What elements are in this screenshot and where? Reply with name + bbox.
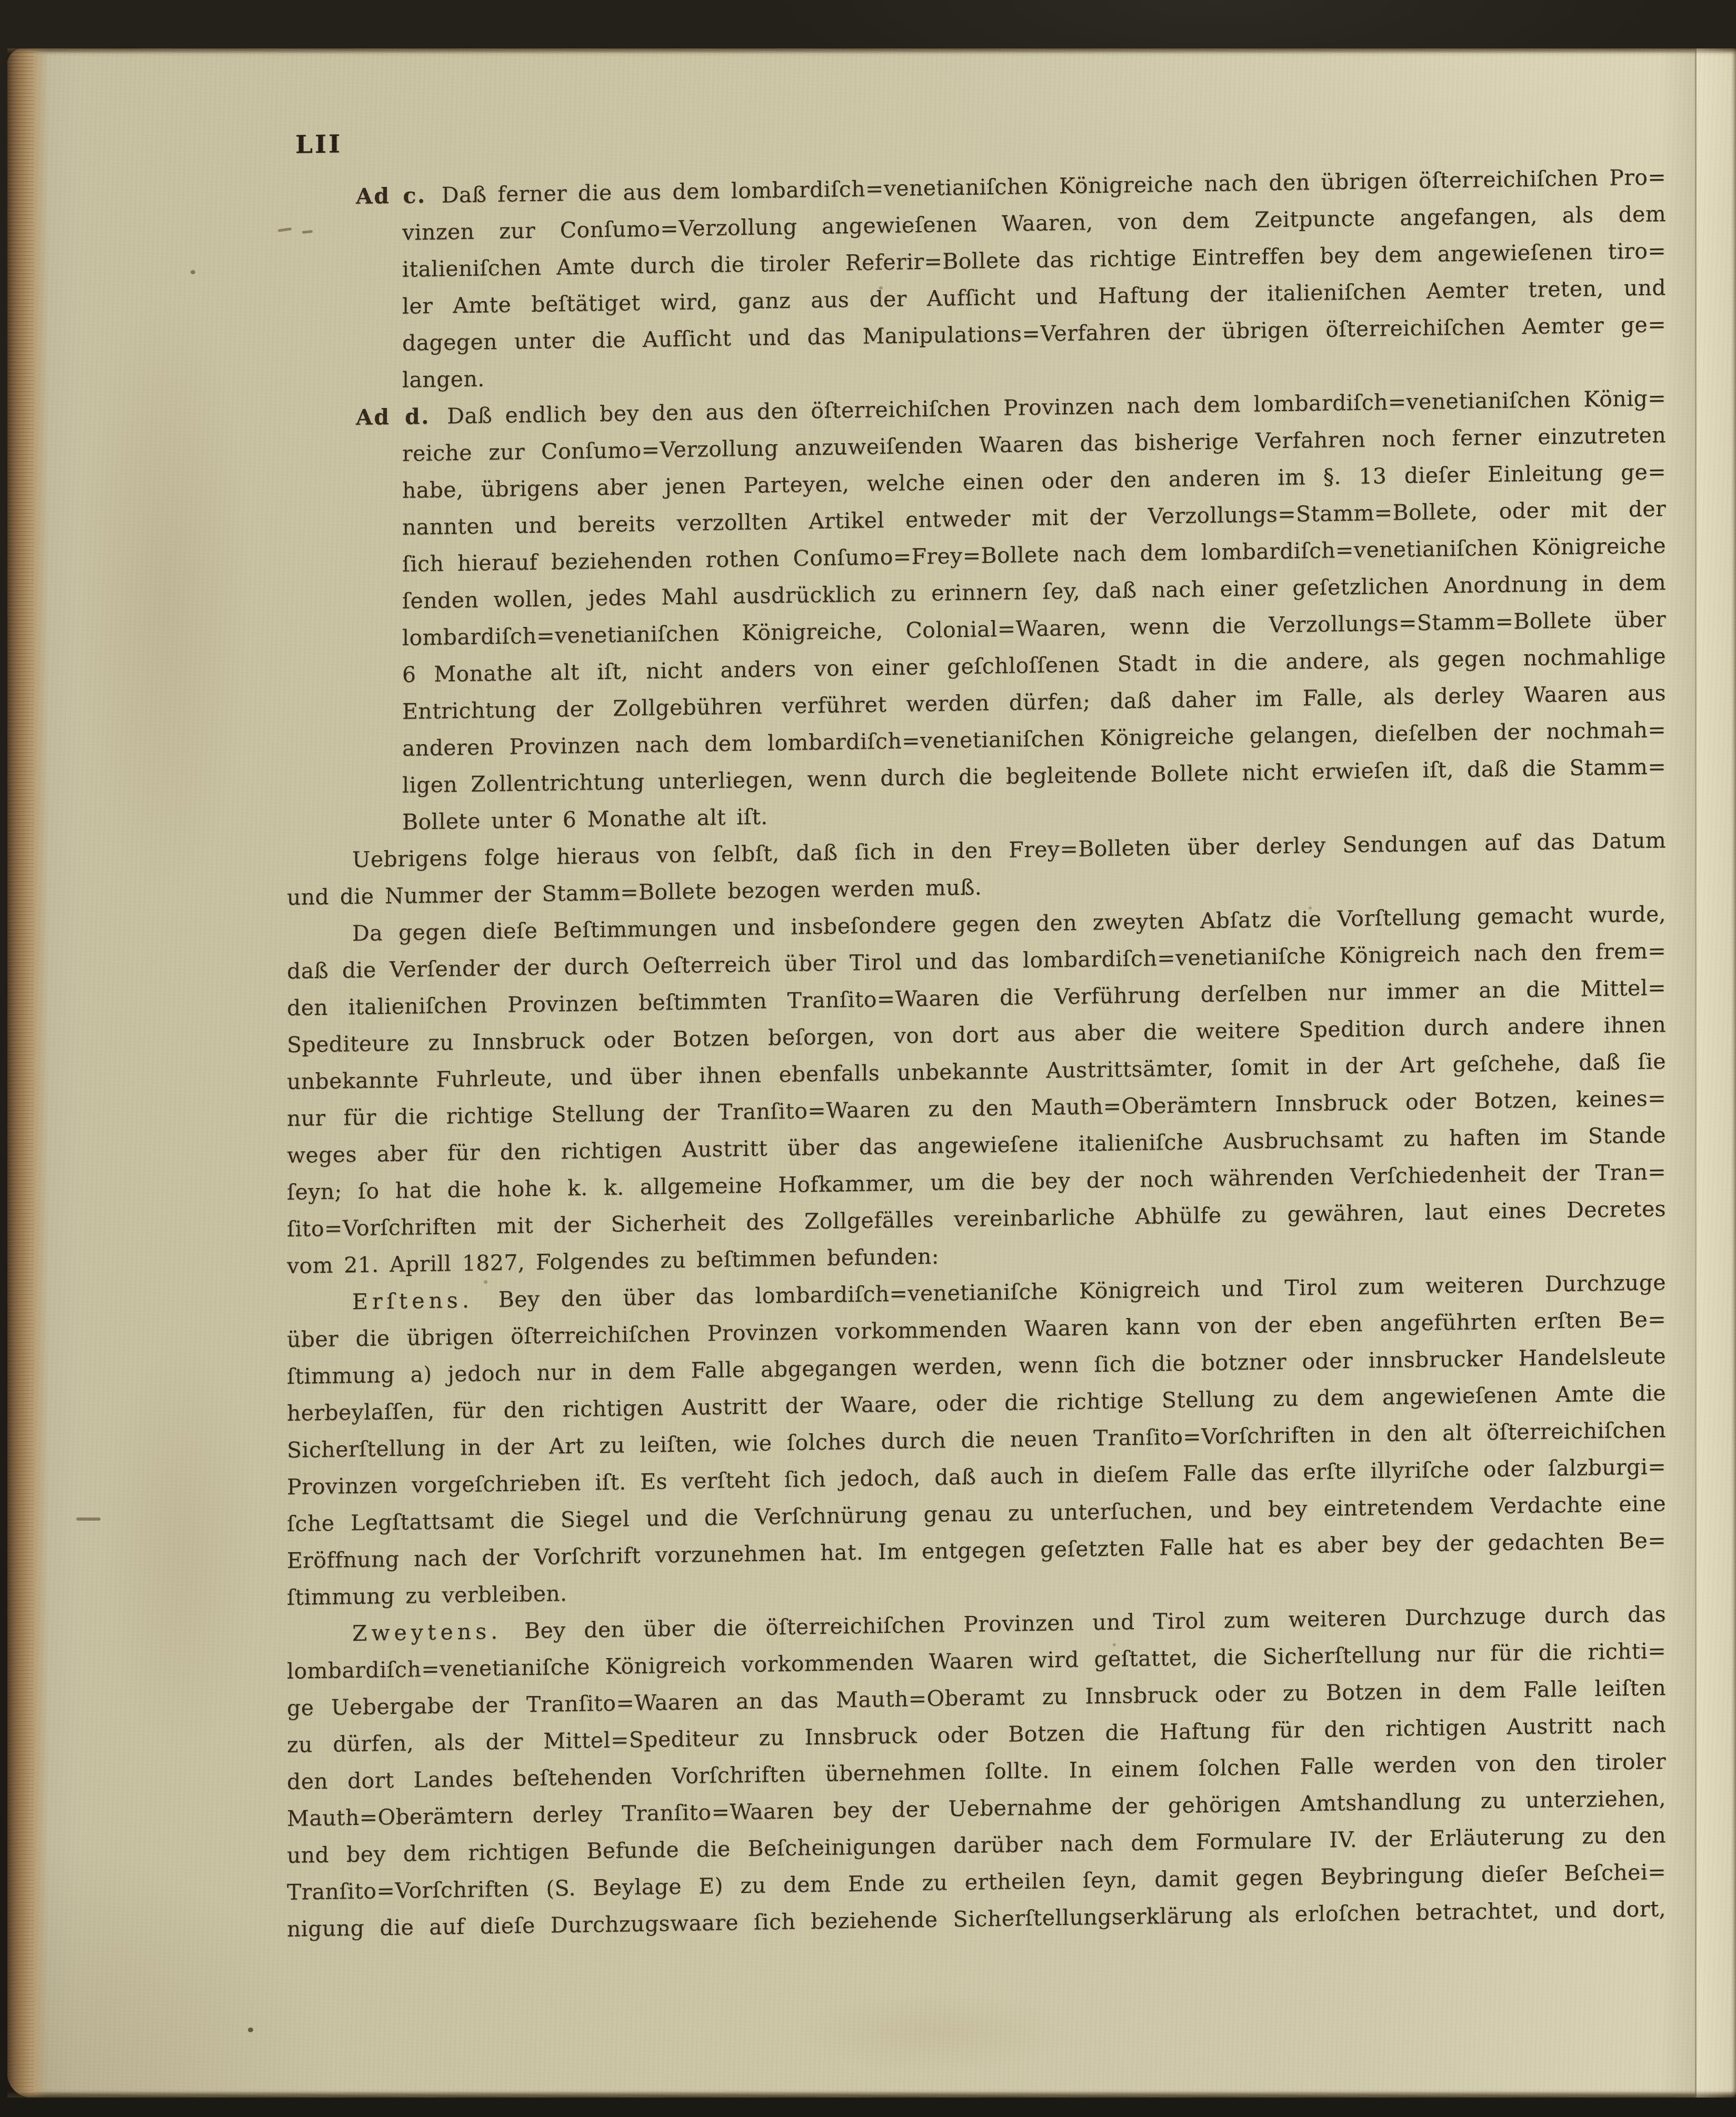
paper-smudge	[71, 1259, 292, 1838]
paragraph-lead: Ad c.	[356, 183, 431, 209]
paragraph-lead: Erſtens.	[352, 1287, 477, 1315]
book-page: LII Ad c. Daß ferner die aus dem lombard…	[7, 48, 1736, 2098]
page-crease-highlight	[1697, 48, 1728, 2098]
page-top-edge-shadow	[7, 48, 1736, 54]
margin-mark	[76, 1517, 101, 1521]
paragraph-lead: Zweytens.	[352, 1619, 506, 1646]
paper-smudge	[44, 175, 286, 1017]
text-lines: Ad c. Daß ferner die aus dem lombardiſch…	[287, 158, 1666, 1948]
text-block: LII Ad c. Daß ferner die aus dem lombard…	[287, 158, 1666, 1948]
paper-smudge	[734, 1975, 1134, 2091]
page-leaf-stack-lines	[7, 48, 34, 2098]
paragraph-lead: Ad d.	[356, 404, 434, 430]
page-bottom-edge-shadow	[7, 2091, 1736, 2098]
paper-speck	[248, 2028, 253, 2032]
page-number: LII	[295, 129, 342, 159]
paper-speck	[191, 270, 195, 274]
scanned-book-page: LII Ad c. Daß ferner die aus dem lombard…	[0, 0, 1736, 2117]
